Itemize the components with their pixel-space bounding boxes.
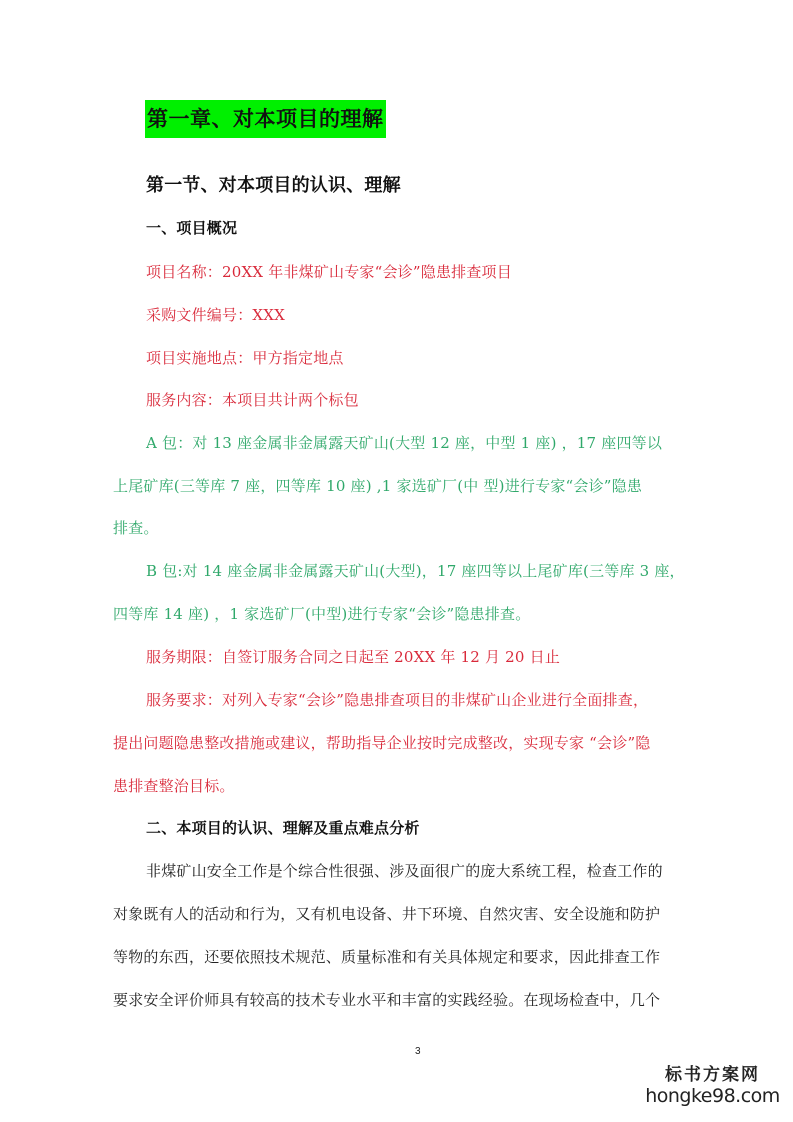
package-b-line-2: 四等库 14 座) ，1 家选矿厂(中型)进行专家“会诊”隐患排查。: [113, 604, 530, 624]
chapter-title: 第一章、对本项目的理解: [145, 100, 386, 138]
project-name: 项目名称：20XX 年非煤矿山专家“会诊”隐患排查项目: [146, 262, 512, 282]
document-page: 第一章、对本项目的理解 第一节、对本项目的认识、理解 一、项目概况 项目名称：2…: [0, 0, 793, 1122]
package-a-line-1: A 包：对 13 座金属非金属露天矿山(大型 12 座，中型 1 座) ，17 …: [146, 433, 662, 453]
service-content: 服务内容：本项目共计两个标包: [146, 390, 359, 410]
service-requirements-line-2: 提出问题隐患整改措施或建议，帮助指导企业按时完成整改，实现专家 “会诊”隐: [113, 733, 651, 753]
watermark: 标书方案网 hongke98.com: [640, 1065, 785, 1107]
subsection-title-overview: 一、项目概况: [146, 218, 237, 238]
package-b-line-1: B 包:对 14 座金属非金属露天矿山(大型)，17 座四等以上尾矿库(三等库 …: [146, 561, 685, 581]
body-line-2: 对象既有人的活动和行为，又有机电设备、井下环境、自然灾害、安全设施和防护: [113, 904, 660, 924]
body-line-3: 等物的东西，还要依照技术规范、质量标准和有关具体规定和要求，因此排查工作: [113, 947, 660, 967]
service-requirements-line-3: 患排查整治目标。: [113, 776, 235, 796]
section-title: 第一节、对本项目的认识、理解: [146, 174, 401, 198]
service-requirements-line-1: 服务要求：对列入专家“会诊”隐患排查项目的非煤矿山企业进行全面排查，: [146, 690, 648, 710]
procurement-number: 采购文件编号：XXX: [146, 305, 285, 325]
project-location: 项目实施地点：甲方指定地点: [146, 348, 344, 368]
watermark-name: 标书方案网: [640, 1065, 785, 1085]
watermark-url: hongke98.com: [640, 1085, 785, 1107]
subsection-title-analysis: 二、本项目的认识、理解及重点难点分析: [146, 818, 420, 838]
body-line-1: 非煤矿山安全工作是个综合性很强、涉及面很广的庞大系统工程，检查工作的: [146, 861, 663, 881]
package-a-line-3: 排查。: [113, 518, 159, 538]
package-a-line-2: 上尾矿库(三等库 7 座，四等库 10 座) ,1 家选矿厂(中 型)进行专家“…: [113, 476, 642, 496]
body-line-4: 要求安全评价师具有较高的技术专业水平和丰富的实践经验。在现场检查中，几个: [113, 990, 660, 1010]
service-period: 服务期限：自签订服务合同之日起至 20XX 年 12 月 20 日止: [146, 647, 560, 667]
page-number: 3: [415, 1046, 421, 1057]
